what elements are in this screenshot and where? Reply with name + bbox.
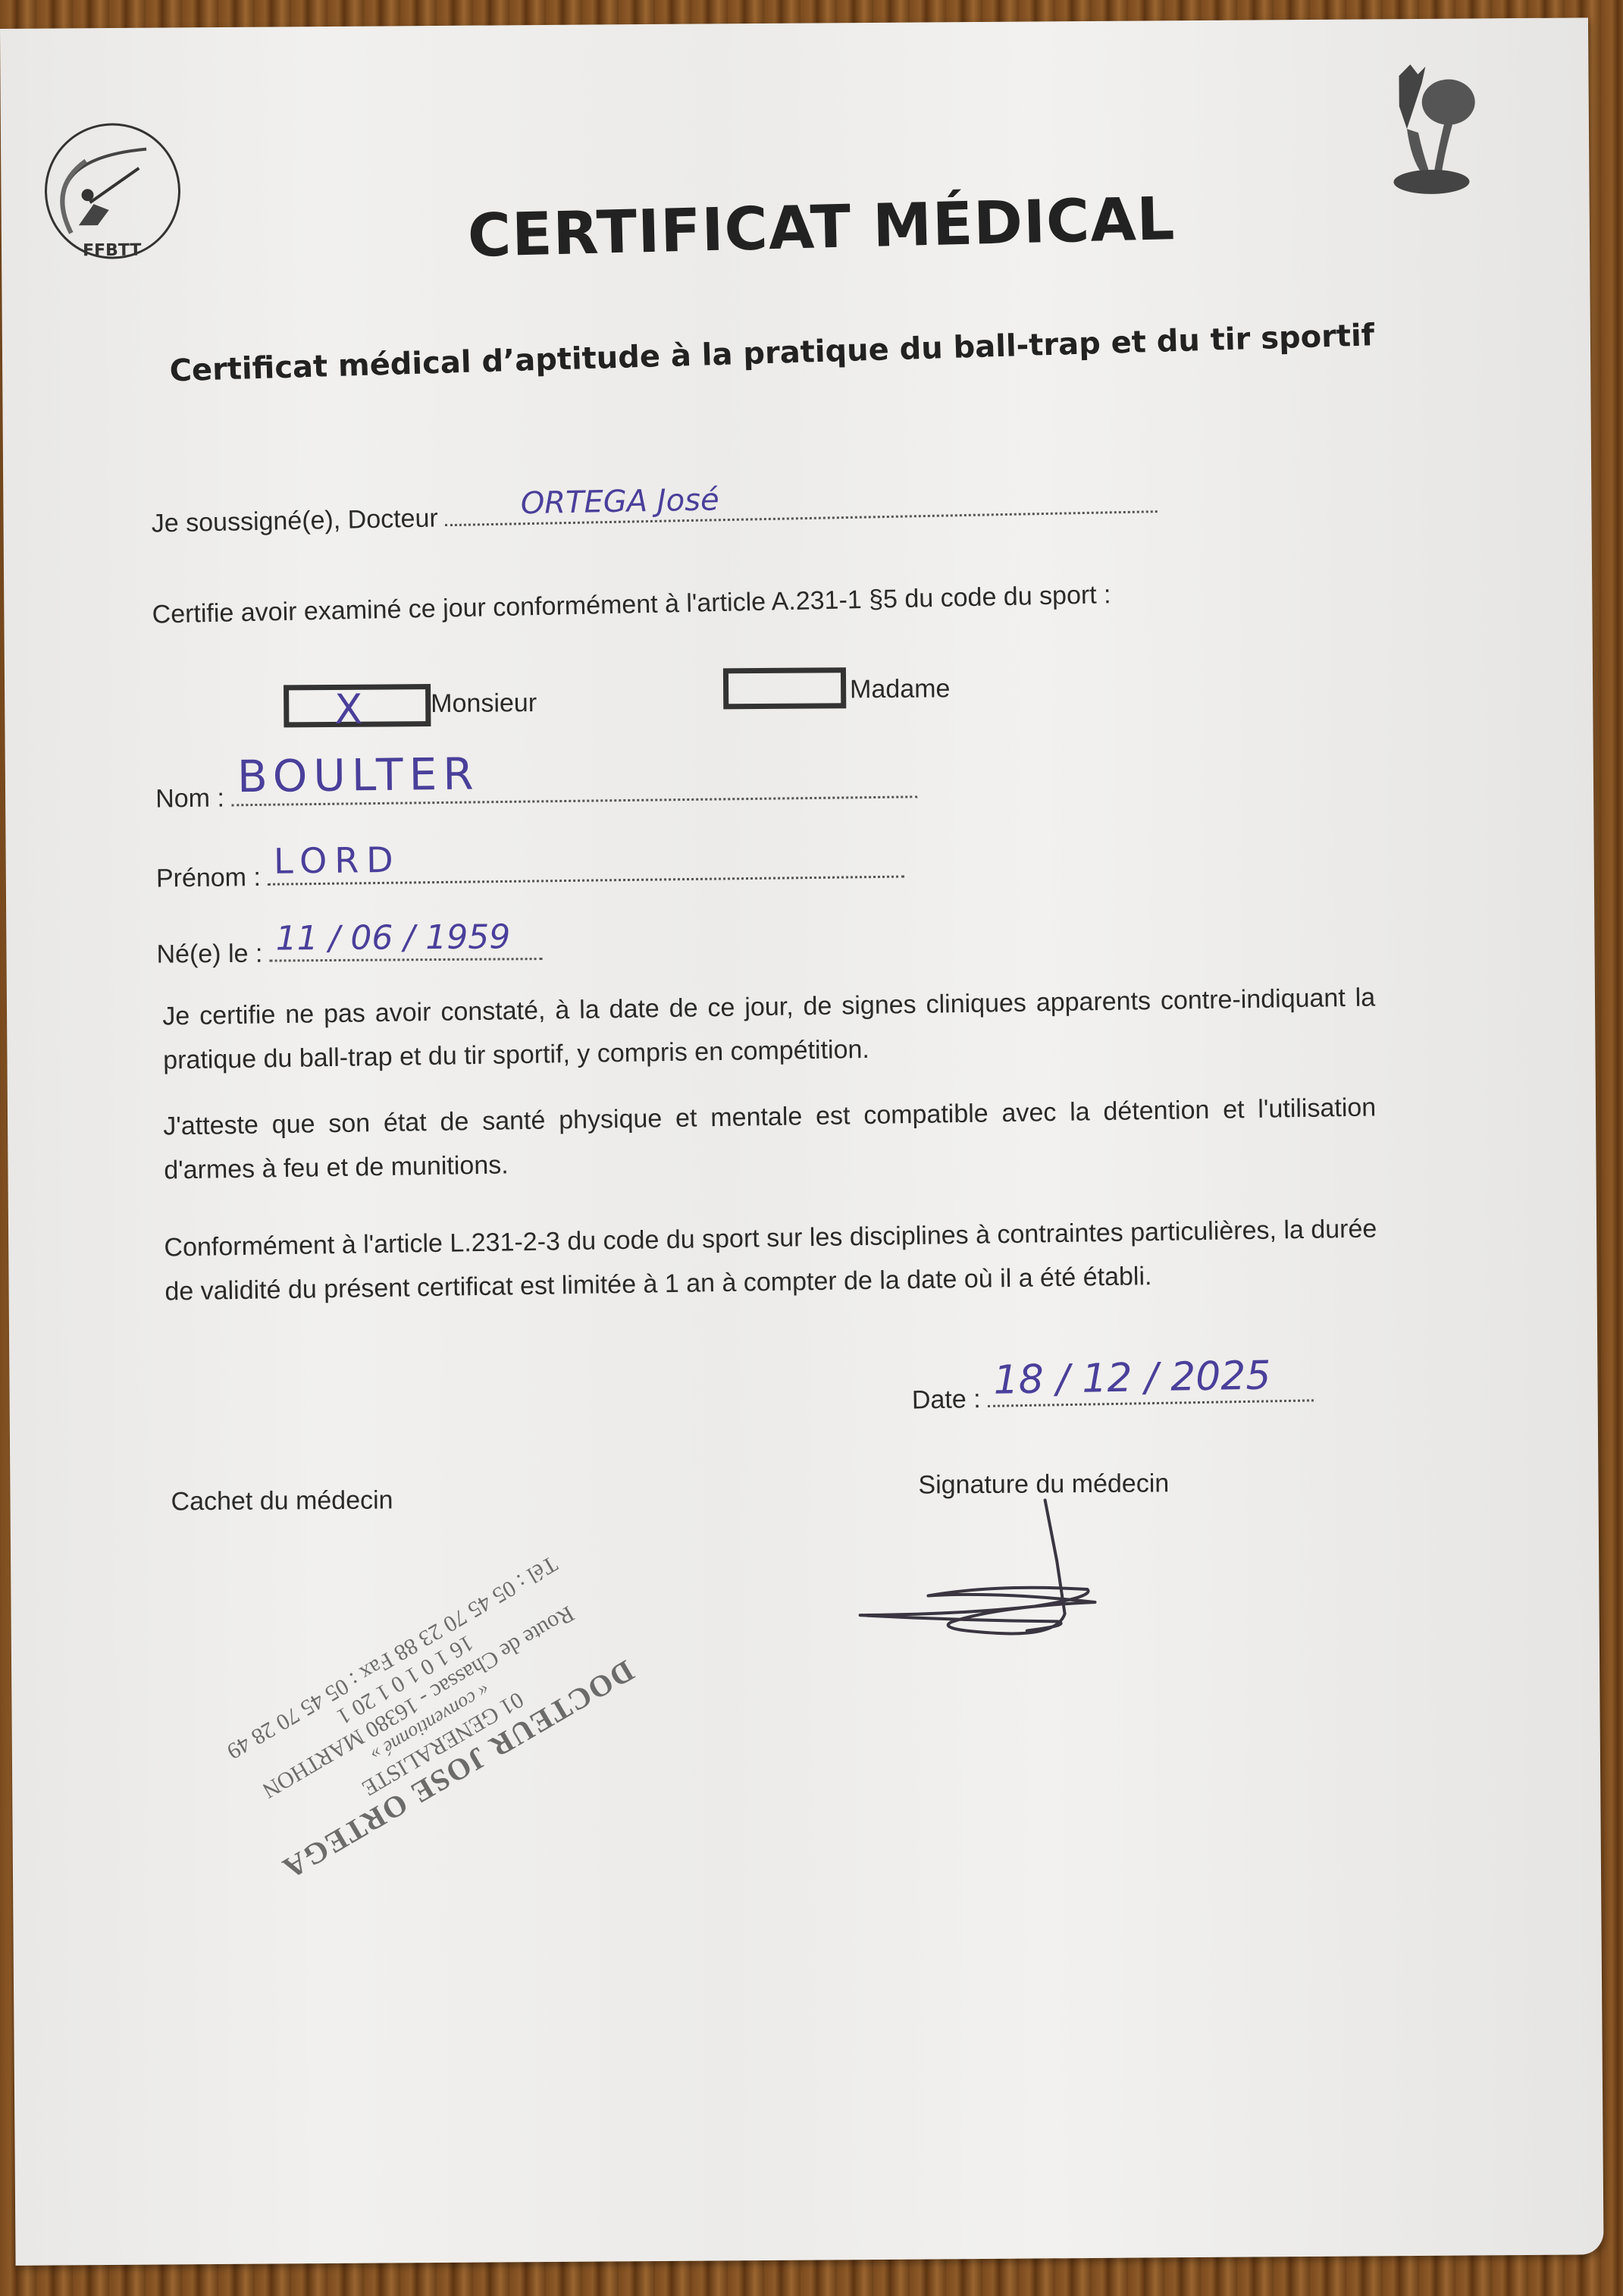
monsieur-label: Monsieur bbox=[431, 688, 537, 719]
monsieur-checkbox[interactable]: X bbox=[284, 684, 431, 727]
check-mark-icon: X bbox=[334, 685, 362, 733]
certificate-paper: FFBTT CERTIFICAT MÉDICAL Certificat médi… bbox=[0, 17, 1604, 2266]
naissance-value: 11 / 06 / 1959 bbox=[275, 917, 510, 958]
nom-label: Nom : bbox=[155, 783, 224, 813]
paragraph-no-contraindication: Je certifie ne pas avoir constaté, à la … bbox=[162, 975, 1377, 1082]
prenom-line: Prénom : LORD bbox=[156, 853, 905, 894]
svg-text:FFBTT: FFBTT bbox=[83, 241, 142, 261]
prenom-field[interactable]: LORD bbox=[268, 853, 904, 886]
nom-value: BOULTER bbox=[237, 748, 480, 802]
rooster-logo-icon bbox=[1383, 60, 1479, 201]
date-value: 18 / 12 / 2025 bbox=[993, 1353, 1271, 1403]
certify-line: Certifie avoir examiné ce jour conformém… bbox=[152, 580, 1111, 629]
naissance-field[interactable]: 11 / 06 / 1959 bbox=[270, 935, 543, 962]
ffbt-shooter-logo-icon: FFBTT bbox=[40, 118, 185, 263]
date-line: Date : 18 / 12 / 2025 bbox=[912, 1376, 1314, 1415]
doctor-name-value: ORTEGA José bbox=[520, 482, 719, 521]
date-label: Date : bbox=[912, 1385, 981, 1415]
nom-field[interactable]: BOULTER bbox=[231, 773, 917, 806]
naissance-label: Né(e) le : bbox=[156, 939, 262, 969]
doctor-line: Je soussigné(e), Docteur ORTEGA José bbox=[151, 488, 1158, 538]
madame-checkbox[interactable] bbox=[723, 667, 846, 709]
prenom-value: LORD bbox=[274, 839, 401, 882]
page-title: CERTIFICAT MÉDICAL bbox=[467, 185, 1176, 271]
nom-line: Nom : BOULTER bbox=[155, 773, 918, 814]
madame-label: Madame bbox=[850, 674, 951, 704]
paragraph-validity: Conformément à l'article L.231-2-3 du co… bbox=[164, 1206, 1378, 1313]
prenom-label: Prénom : bbox=[156, 863, 261, 893]
doctor-field[interactable]: ORTEGA José bbox=[445, 488, 1158, 526]
doctor-label: Je soussigné(e), Docteur bbox=[151, 503, 438, 538]
naissance-line: Né(e) le : 11 / 06 / 1959 bbox=[156, 935, 543, 970]
date-field[interactable]: 18 / 12 / 2025 bbox=[988, 1376, 1314, 1407]
paragraph-weapons-fitness: J'atteste que son état de santé physique… bbox=[163, 1085, 1377, 1192]
page-subtitle: Certificat médical d’aptitude à la prati… bbox=[169, 318, 1375, 388]
stamp-label: Cachet du médecin bbox=[171, 1485, 393, 1517]
doctor-signature-icon bbox=[844, 1492, 1118, 1646]
